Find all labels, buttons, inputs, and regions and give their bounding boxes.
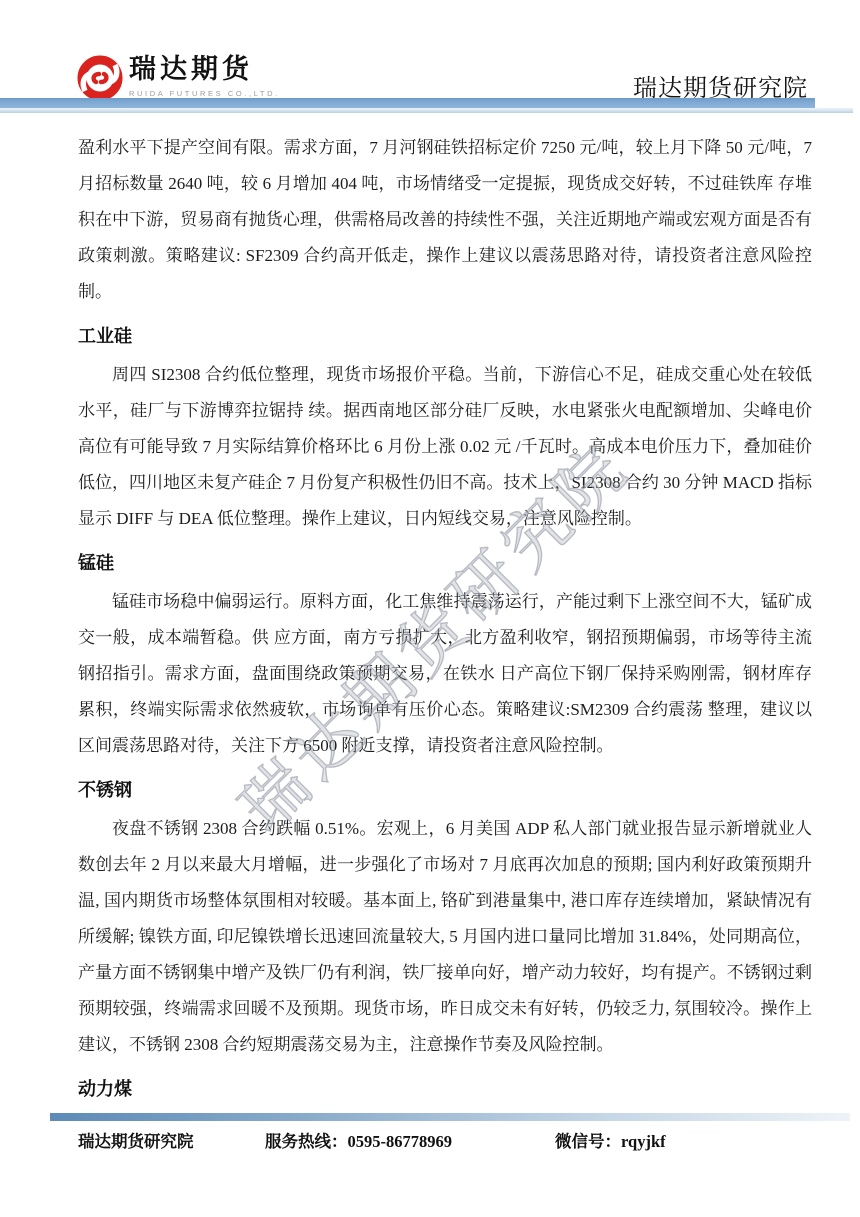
- section-heading: 锰硅: [78, 551, 812, 575]
- report-body: 盈利水平下提产空间有限。需求方面，7 月河钢硅铁招标定价 7250 元/吨，较上…: [78, 130, 812, 1110]
- report-page: 瑞达期货 RUIDA FUTURES CO.,LTD. 瑞达期货研究院 盈利水平…: [0, 0, 860, 1217]
- section-heading: 不锈钢: [78, 778, 812, 802]
- ruida-logo-icon: [76, 54, 124, 102]
- section-heading: 动力煤: [78, 1077, 812, 1101]
- footer-institute: 瑞达期货研究院: [78, 1128, 194, 1152]
- company-logo: 瑞达期货 RUIDA FUTURES CO.,LTD.: [76, 52, 280, 102]
- page-footer: 瑞达期货研究院 服务热线：0595-86778969 微信号：rqyjkf: [78, 1128, 812, 1154]
- section-paragraph: 锰硅市场稳中偏弱运行。原料方面，化工焦维持震荡运行，产能过剩下上涨空间不大，锰矿…: [78, 584, 812, 764]
- brand-name: 瑞达期货: [129, 52, 280, 86]
- footer-hotline: 服务热线：0595-86778969: [265, 1128, 452, 1152]
- brand-subtitle: RUIDA FUTURES CO.,LTD.: [129, 89, 280, 98]
- section-paragraph: 周四 SI2308 合约低位整理，现货市场报价平稳。当前，下游信心不足，硅成交重…: [78, 357, 812, 537]
- section-manganese-silicon: 锰硅 锰硅市场稳中偏弱运行。原料方面，化工焦维持震荡运行，产能过剩下上涨空间不大…: [78, 551, 812, 764]
- section-stainless-steel: 不锈钢 夜盘不锈钢 2308 合约跌幅 0.51%。宏观上，6 月美国 ADP …: [78, 778, 812, 1063]
- footer-wechat: 微信号：rqyjkf: [555, 1128, 666, 1152]
- section-industrial-silicon: 工业硅 周四 SI2308 合约低位整理，现货市场报价平稳。当前，下游信心不足，…: [78, 324, 812, 537]
- logo-text-block: 瑞达期货 RUIDA FUTURES CO.,LTD.: [129, 52, 280, 98]
- header-divider-main: [0, 98, 815, 108]
- header-divider-ext: [0, 108, 853, 113]
- section-heading: 工业硅: [78, 324, 812, 348]
- section-thermal-coal: 动力煤: [78, 1077, 812, 1101]
- footer-divider: [50, 1113, 850, 1121]
- section-paragraph: 夜盘不锈钢 2308 合约跌幅 0.51%。宏观上，6 月美国 ADP 私人部门…: [78, 811, 812, 1063]
- intro-paragraph: 盈利水平下提产空间有限。需求方面，7 月河钢硅铁招标定价 7250 元/吨，较上…: [78, 130, 812, 310]
